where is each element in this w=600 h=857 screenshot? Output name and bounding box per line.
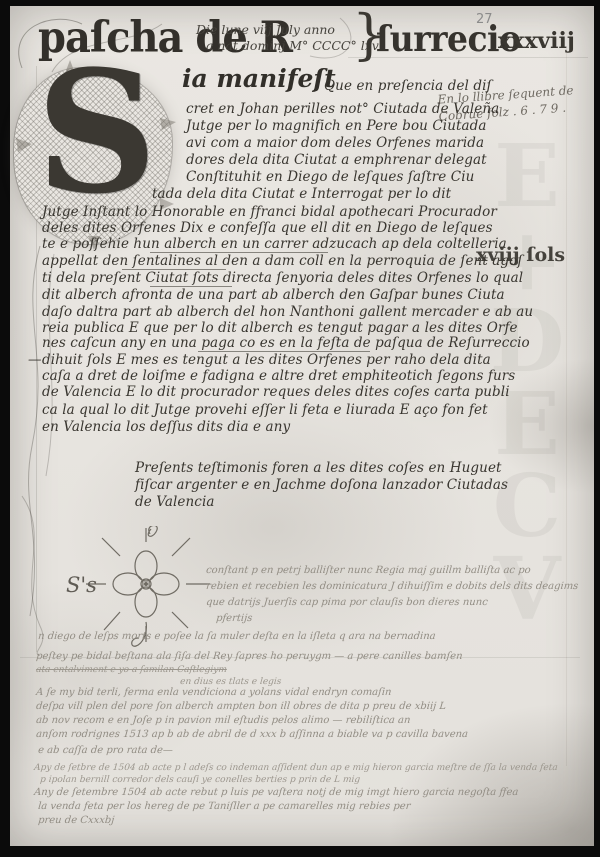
registrar-note-line: conſtant p en petrj balliſter nunc Regia…	[206, 566, 531, 576]
underline-mark	[198, 351, 370, 352]
annotation-interline: en dius es tlats e legis	[180, 678, 282, 687]
underline-mark	[150, 286, 232, 287]
witness-line: de Valencia	[135, 496, 215, 510]
annotation-line: la venda feta per los hereg de pe Taniſl…	[38, 802, 411, 812]
body-line: caſa a dret de loiſme e fadigna e altre …	[42, 370, 515, 384]
body-line: ca la qual lo dit Jutge provehi eſſer li…	[42, 404, 488, 418]
annotation-line: deſpa vill plen del pore ſon alberch amp…	[36, 702, 447, 712]
annotation-line: p ipolan bernill corredor dels cauſi ye …	[40, 776, 361, 785]
registrar-note-line: rebien et recebien les dominicatura J di…	[206, 582, 579, 592]
body-line: Conſtituhit en Diego de leſques ſaſtre C…	[186, 171, 474, 185]
body-line: dores dela dita Ciutat a emphrenar deleg…	[186, 154, 487, 168]
margin-dash: —	[28, 354, 42, 368]
scan-frame: E + D E C V paſcha de R Die lune viij Ju…	[0, 0, 600, 857]
body-line: dit alberch afronta de una part ab alber…	[42, 289, 505, 303]
body-line: Jutge per lo magnifich en Pere bou Ciuta…	[186, 120, 487, 134]
witness-line: fiſcar argenter e en Jachme doſona lanza…	[135, 479, 508, 493]
annotation-line: e ab caſſa de pro rata de—	[38, 746, 174, 756]
annotation-line: A ſe my bid terli, ferma enla vendiciona…	[36, 688, 392, 698]
registrar-note-line: que datrijs Juerſis cap pima por clauſis…	[206, 598, 489, 608]
body-line: cret en Johan perilles not° Ciutada de V…	[186, 103, 499, 117]
pencil-folio-number: 27	[476, 12, 493, 27]
witness-line: Preſents teſtimonis foren a les dites co…	[135, 462, 502, 476]
initial-letter: S	[36, 48, 157, 216]
opening-words: ia manifeſt	[182, 66, 336, 91]
annotation-line: n diego de leſps morts e poſee la ſa mul…	[38, 632, 436, 642]
body-line: avi com a maior dom deles Orfenes marida	[186, 137, 484, 151]
paraph-mark: S's	[66, 573, 97, 597]
opening-rest: Que en preſencia del diſ	[324, 80, 492, 94]
body-line: ti dela preſent Ciutat ſots directa ſeny…	[42, 272, 523, 286]
annotation-line: Any de ſetembre 1504 ab acte rebut p lui…	[34, 788, 519, 798]
folio-numeral: xxxviij	[498, 30, 575, 52]
annotation-line-struck: ata entalviment e yo a ſamilan Caſtlegiy…	[36, 666, 228, 675]
body-line: te e poſſehie hun alberch en un carrer a…	[42, 238, 507, 252]
underline-mark	[122, 269, 226, 270]
body-line: Jutge Inſtant lo Honorable en ffranci bi…	[42, 206, 497, 220]
body-line: daſo daltra part ab alberch del hon Nant…	[42, 306, 533, 320]
annotation-line: Apy de ſetbre de 1504 ab acte p l adeſs …	[34, 764, 558, 773]
body-line: nes caſcun any en una paga co es en la f…	[42, 337, 530, 351]
body-line: de Valencia E lo dit procurador reques d…	[42, 386, 510, 400]
annotation-line: peſtey pe bidal beſtana ala ſiſa del Rey…	[36, 652, 463, 662]
body-line: en Valencia los deſſus dits dia e any	[42, 421, 290, 435]
manuscript-page: E + D E C V paſcha de R Die lune viij Ju…	[10, 6, 594, 846]
body-line: deles dites Orfenes Dix e confeſſa que e…	[42, 222, 493, 236]
body-line: reia publica E que per lo dit alberch es…	[42, 322, 518, 336]
annotation-line: ab nov recom e en Joſe p in pavion mil e…	[36, 716, 411, 726]
annotation-line: preu de Cxxxbj	[38, 816, 115, 826]
body-line: tada dela dita Ciutat e Interrogat per l…	[152, 188, 451, 202]
underline-mark	[150, 252, 328, 253]
body-line: dihuit ſols E mes es tengut a les dites …	[42, 354, 491, 368]
body-line: appellat den ſentalines al den a dam col…	[42, 255, 522, 269]
registrar-note-line: pfertijs	[216, 614, 253, 624]
annotation-line: anſom rodrignes 1513 ap b ab de abril de…	[36, 730, 469, 740]
